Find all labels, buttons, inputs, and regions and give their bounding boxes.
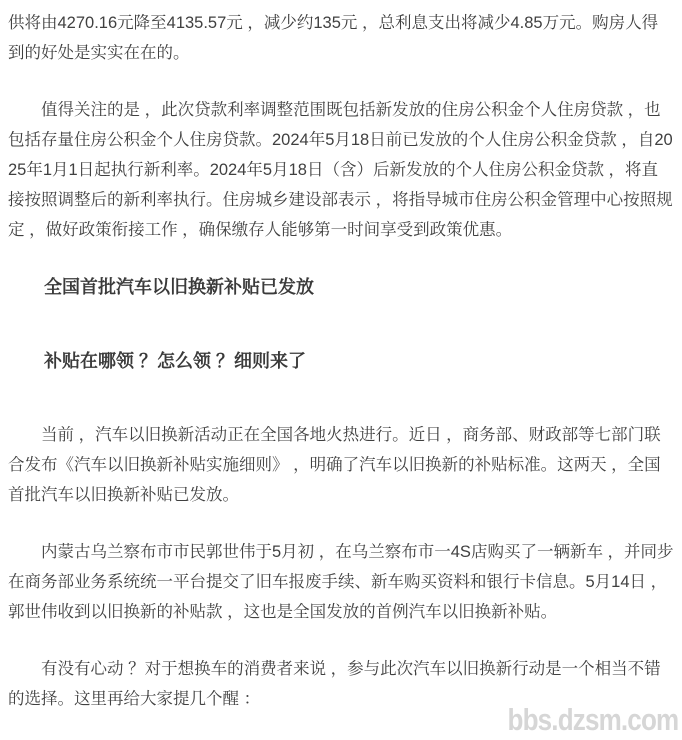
article-body: 供将由4270.16元降至4135.57元 ，减少约135元 ，总利息支出将减少… xyxy=(0,0,682,714)
article-paragraph: 内蒙古乌兰察布市市民郭世伟于5月初 ，在乌兰察布市一4S店购买了一辆新车 ，并同… xyxy=(8,537,674,627)
article-paragraph: 值得关注的是 ，此次贷款利率调整范围既包括新发放的住房公积金个人住房贷款 ，也包… xyxy=(8,95,674,245)
article-paragraph: 供将由4270.16元降至4135.57元 ，减少约135元 ，总利息支出将减少… xyxy=(8,8,674,68)
site-watermark: bbs.dzsm.com xyxy=(507,702,678,738)
article-heading: 全国首批汽车以旧换新补贴已发放 xyxy=(8,272,674,302)
article-paragraph: 当前 ，汽车以旧换新活动正在全国各地火热进行。近日 ，商务部、财政部等七部门联合… xyxy=(8,420,674,510)
article-heading: 补贴在哪领 ？怎么领 ？细则来了 xyxy=(8,346,674,376)
